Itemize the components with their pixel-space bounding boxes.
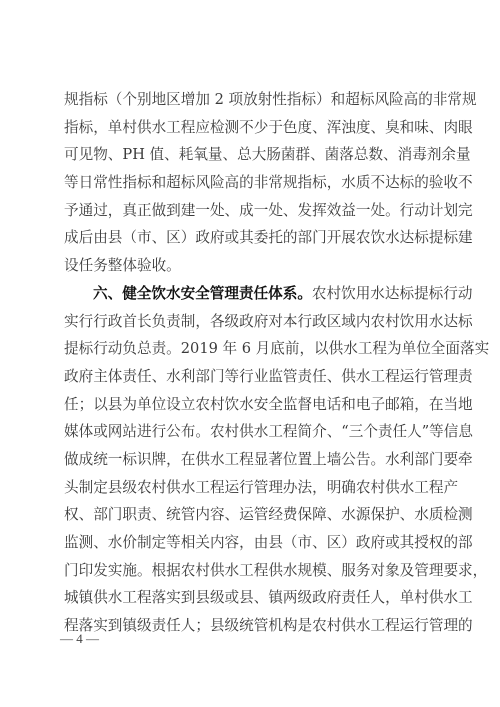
section-6-heading: 六、健全饮水安全管理责任体系。 [93, 285, 312, 302]
text-line: 规指标（个别地区增加 2 项放射性指标）和超标风险高的非常规 [64, 86, 437, 114]
text-line: 成后由县（市、区）政府或其委托的部门开展农饮水达标提标建 [64, 224, 437, 252]
text-line: 做成统一标识牌，在供水工程显著位置上墙公告。水利部门要牵 [64, 446, 437, 474]
text-line: 等日常性指标和超标风险高的非常规指标，水质不达标的验收不 [64, 169, 437, 197]
text-line: 任；以县为单位设立农村饮水安全监督电话和电子邮箱，在当地 [64, 391, 437, 419]
body-text: 规指标（个别地区增加 2 项放射性指标）和超标风险高的非常规 指标，单村供水工程… [64, 86, 437, 640]
section-6-text: 农村饮用水达标提标行动 [312, 285, 473, 302]
document-page: 规指标（个别地区增加 2 项放射性指标）和超标风险高的非常规 指标，单村供水工程… [0, 0, 500, 707]
page-number: — 4 — [60, 631, 99, 647]
text-line: 可见物、PH 值、耗氧量、总大肠菌群、菌落总数、消毒剂余量 [64, 141, 437, 169]
text-line: 头制定县级农村供水工程运行管理办法，明确农村供水工程产 [64, 474, 437, 502]
text-line: 程落实到镇级责任人；县级统管机构是农村供水工程运行管理的 [64, 612, 437, 640]
text-line: 城镇供水工程落实到县级或县、镇两级政府责任人，单村供水工 [64, 584, 437, 612]
text-line: 设任务整体验收。 [64, 252, 437, 280]
text-line: 权、部门职责、统管内容、运管经费保障、水源保护、水质检测 [64, 501, 437, 529]
text-line: 门印发实施。根据农村供水工程供水规模、服务对象及管理要求， [64, 557, 437, 585]
text-line: 监测、水价制定等相关内容，由县（市、区）政府或其授权的部 [64, 529, 437, 557]
text-line: 予通过，真正做到建一处、成一处、发挥效益一处。行动计划完 [64, 197, 437, 225]
text-line: 提标行动负总责。2019 年 6 月底前，以供水工程为单位全面落实 [64, 335, 437, 363]
text-line: 政府主体责任、水利部门等行业监管责任、供水工程运行管理责 [64, 363, 437, 391]
text-line: 实行行政首长负责制，各级政府对本行政区域内农村饮用水达标 [64, 308, 437, 336]
text-line: 指标，单村供水工程应检测不少于色度、浑浊度、臭和味、肉眼 [64, 114, 437, 142]
text-line: 媒体或网站进行公布。农村供水工程简介、“三个责任人”等信息 [64, 418, 437, 446]
section-6-first-line: 六、健全饮水安全管理责任体系。农村饮用水达标提标行动 [64, 280, 437, 308]
